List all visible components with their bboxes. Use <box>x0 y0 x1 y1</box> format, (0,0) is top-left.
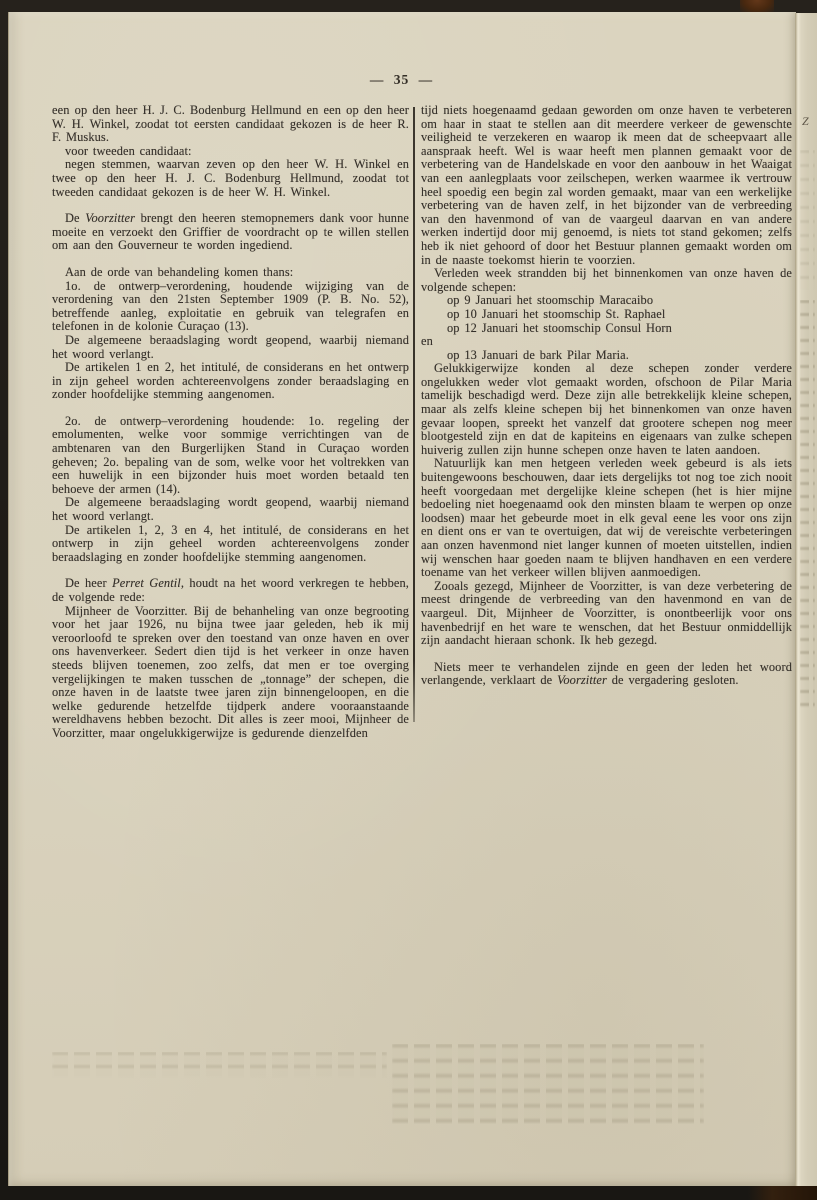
left-column: een op den heer H. J. C. Bodenburg Hellm… <box>52 104 409 741</box>
paragraph: De algemeene beraadslaging wordt geopend… <box>52 334 409 361</box>
paragraph: tijd niets hoegenaamd gedaan geworden om… <box>421 104 792 267</box>
edge-bleed-through <box>800 150 815 290</box>
edge-mark: Z <box>802 114 809 129</box>
paragraph: Aan de orde van behandeling komen thans: <box>52 266 409 280</box>
paragraph: 2o. de ontwerp–verordening houdende: 1o.… <box>52 415 409 497</box>
paragraph: op 12 Januari het stoomschip Consul Horn <box>421 322 792 336</box>
paragraph: en <box>421 335 792 349</box>
paragraph: De heer Perret Gentil, houdt na het woor… <box>52 577 409 604</box>
paragraph: op 10 Januari het stoomschip St. Raphael <box>421 308 792 322</box>
bleed-through-ghost-text <box>52 1052 387 1078</box>
paragraph: De Voorzitter brengt den heeren stemopne… <box>52 212 409 253</box>
paragraph: De algemeene beraadslaging wordt geopend… <box>52 496 409 523</box>
paragraph: voor tweeden candidaat: <box>52 145 409 159</box>
paragraph: Verleden week strandden bij het binnenko… <box>421 267 792 294</box>
spine-accent-bottom <box>748 1184 817 1200</box>
paragraph: een op den heer H. J. C. Bodenburg Hellm… <box>52 104 409 145</box>
edge-bleed-through <box>800 300 815 708</box>
paragraph: Mijnheer de Voorzitter. Bij de behanheli… <box>52 605 409 741</box>
paragraph: op 13 Januari de bark Pilar Maria. <box>421 349 792 363</box>
bleed-through-ghost-text <box>392 1044 704 1124</box>
paragraph: De artikelen 1, 2, 3 en 4, het intitulé,… <box>52 524 409 565</box>
right-column: tijd niets hoegenaamd gedaan geworden om… <box>421 104 792 688</box>
paragraph: negen stemmen, waarvan zeven op den heer… <box>52 158 409 199</box>
paragraph: Gelukkigerwijze konden al deze schepen z… <box>421 362 792 457</box>
paragraph: De artikelen 1 en 2, het intitulé, de co… <box>52 361 409 402</box>
paragraph: op 9 Januari het stoomschip Maracaibo <box>421 294 792 308</box>
scanned-book-page: Z — 35 — een op den heer H. J. C. Bodenb… <box>0 0 817 1200</box>
paragraph: Natuurlijk kan men hetgeen verleden week… <box>421 457 792 579</box>
page-number: — 35 — <box>8 72 795 88</box>
paragraph: 1o. de ontwerp–verordening, houdende wij… <box>52 280 409 334</box>
paragraph: Zooals gezegd, Mijnheer de Voorzitter, i… <box>421 580 792 648</box>
column-divider <box>413 107 415 722</box>
paragraph: Niets meer te verhandelen zijnde en geen… <box>421 661 792 688</box>
